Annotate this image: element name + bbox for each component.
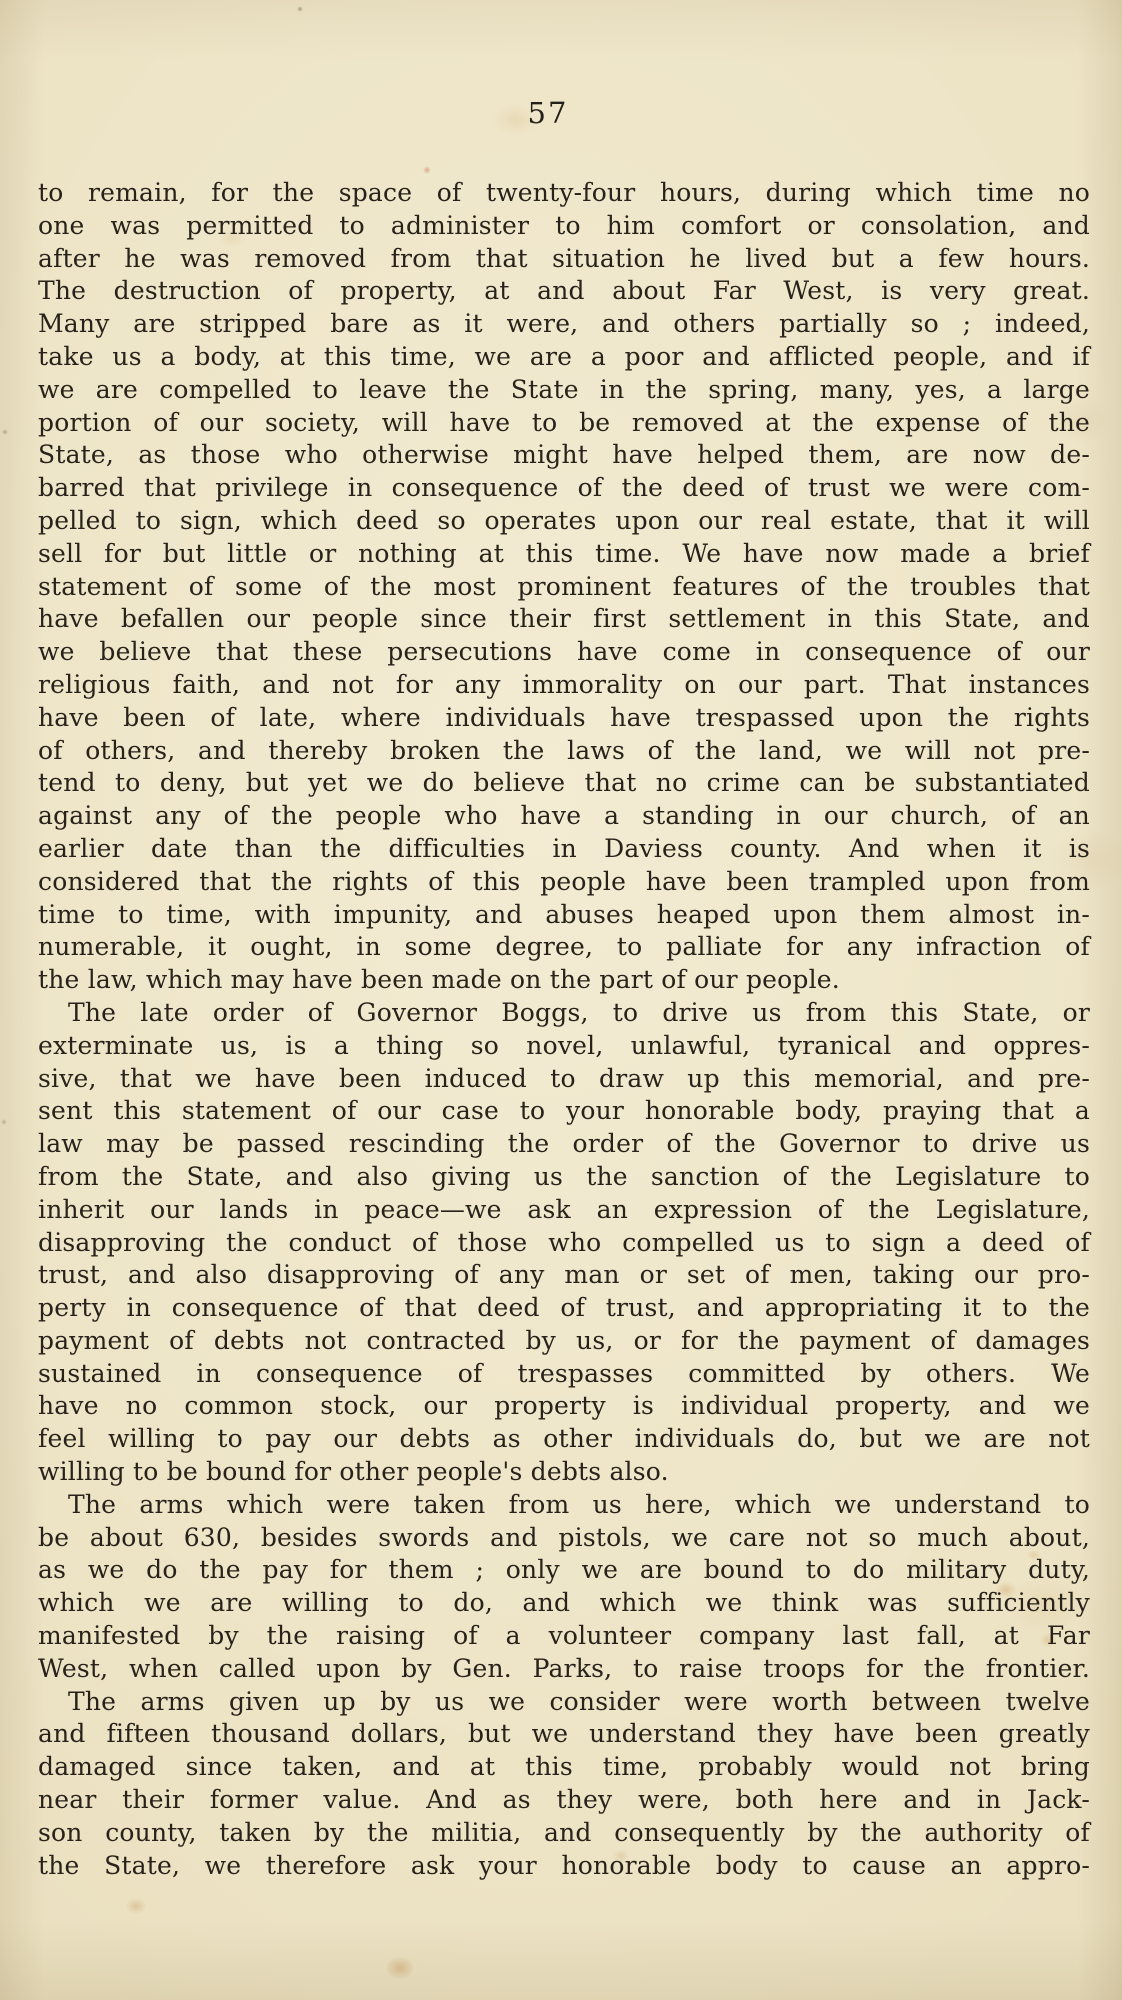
- text-line: considered that the rights of this peopl…: [38, 866, 1090, 899]
- text-line: against any of the people who have a sta…: [38, 800, 1090, 833]
- text-line: exterminate us, is a thing so novel, unl…: [38, 1030, 1090, 1063]
- text-line: barred that privilege in consequence of …: [38, 472, 1090, 505]
- text-line: Many are stripped bare as it were, and o…: [38, 308, 1090, 341]
- text-line: we are compelled to leave the State in t…: [38, 374, 1090, 407]
- text-line: son county, taken by the militia, and co…: [38, 1817, 1090, 1850]
- text-line: statement of some of the most prominent …: [38, 571, 1090, 604]
- text-line: to remain, for the space of twenty-four …: [38, 177, 1090, 210]
- text-line: the law, which may have been made on the…: [38, 964, 1090, 997]
- text-line: sive, that we have been induced to draw …: [38, 1063, 1090, 1096]
- text-line: sent this statement of our case to your …: [38, 1095, 1090, 1128]
- text-line: damaged since taken, and at this time, p…: [38, 1751, 1090, 1784]
- text-line: The late order of Governor Boggs, to dri…: [38, 997, 1090, 1030]
- text-line: take us a body, at this time, we are a p…: [38, 341, 1090, 374]
- text-line: have befallen our people since their fir…: [38, 603, 1090, 636]
- text-line: portion of our society, will have to be …: [38, 407, 1090, 440]
- text-line: numerable, it ought, in some degree, to …: [38, 931, 1090, 964]
- text-line: be about 630, besides swords and pistols…: [38, 1522, 1090, 1555]
- text-line: inherit our lands in peace—we ask an exp…: [38, 1194, 1090, 1227]
- text-line: West, when called upon by Gen. Parks, to…: [38, 1653, 1090, 1686]
- text-line: payment of debts not contracted by us, o…: [38, 1325, 1090, 1358]
- text-line: pelled to sign, which deed so operates u…: [38, 505, 1090, 538]
- text-line: near their former value. And as they wer…: [38, 1784, 1090, 1817]
- text-line: The arms which were taken from us here, …: [38, 1489, 1090, 1522]
- text-line: law may be passed rescinding the order o…: [38, 1128, 1090, 1161]
- text-line: trust, and also disapproving of any man …: [38, 1259, 1090, 1292]
- text-line: feel willing to pay our debts as other i…: [38, 1423, 1090, 1456]
- text-line: tend to deny, but yet we do believe that…: [38, 767, 1090, 800]
- text-line: of others, and thereby broken the laws o…: [38, 735, 1090, 768]
- text-line: from the State, and also giving us the s…: [38, 1161, 1090, 1194]
- text-line: willing to be bound for other people's d…: [38, 1456, 1090, 1489]
- text-line: sell for but little or nothing at this t…: [38, 538, 1090, 571]
- text-line: and fifteen thousand dollars, but we und…: [38, 1718, 1090, 1751]
- text-line: sustained in consequence of trespasses c…: [38, 1358, 1090, 1391]
- text-line: The arms given up by us we consider were…: [38, 1686, 1090, 1719]
- text-line: after he was removed from that situation…: [38, 243, 1090, 276]
- text-line: one was permitted to administer to him c…: [38, 210, 1090, 243]
- text-line: State, as those who otherwise might have…: [38, 439, 1090, 472]
- text-line: earlier date than the difficulties in Da…: [38, 833, 1090, 866]
- text-line: perty in consequence of that deed of tru…: [38, 1292, 1090, 1325]
- text-line: we believe that these persecutions have …: [38, 636, 1090, 669]
- page-number: 57: [0, 96, 1096, 130]
- text-line: as we do the pay for them ; only we are …: [38, 1554, 1090, 1587]
- text-line: religious faith, and not for any immoral…: [38, 669, 1090, 702]
- text-line: time to time, with impunity, and abuses …: [38, 899, 1090, 932]
- text-line: which we are willing to do, and which we…: [38, 1587, 1090, 1620]
- text-line: The destruction of property, at and abou…: [38, 275, 1090, 308]
- scanned-book-page: 57 to remain, for the space of twenty-fo…: [0, 0, 1122, 2000]
- text-line: disapproving the conduct of those who co…: [38, 1227, 1090, 1260]
- page-text: to remain, for the space of twenty-four …: [38, 177, 1090, 1882]
- text-line: the State, we therefore ask your honorab…: [38, 1850, 1090, 1883]
- text-line: have been of late, where individuals hav…: [38, 702, 1090, 735]
- text-line: manifested by the raising of a volunteer…: [38, 1620, 1090, 1653]
- text-line: have no common stock, our property is in…: [38, 1390, 1090, 1423]
